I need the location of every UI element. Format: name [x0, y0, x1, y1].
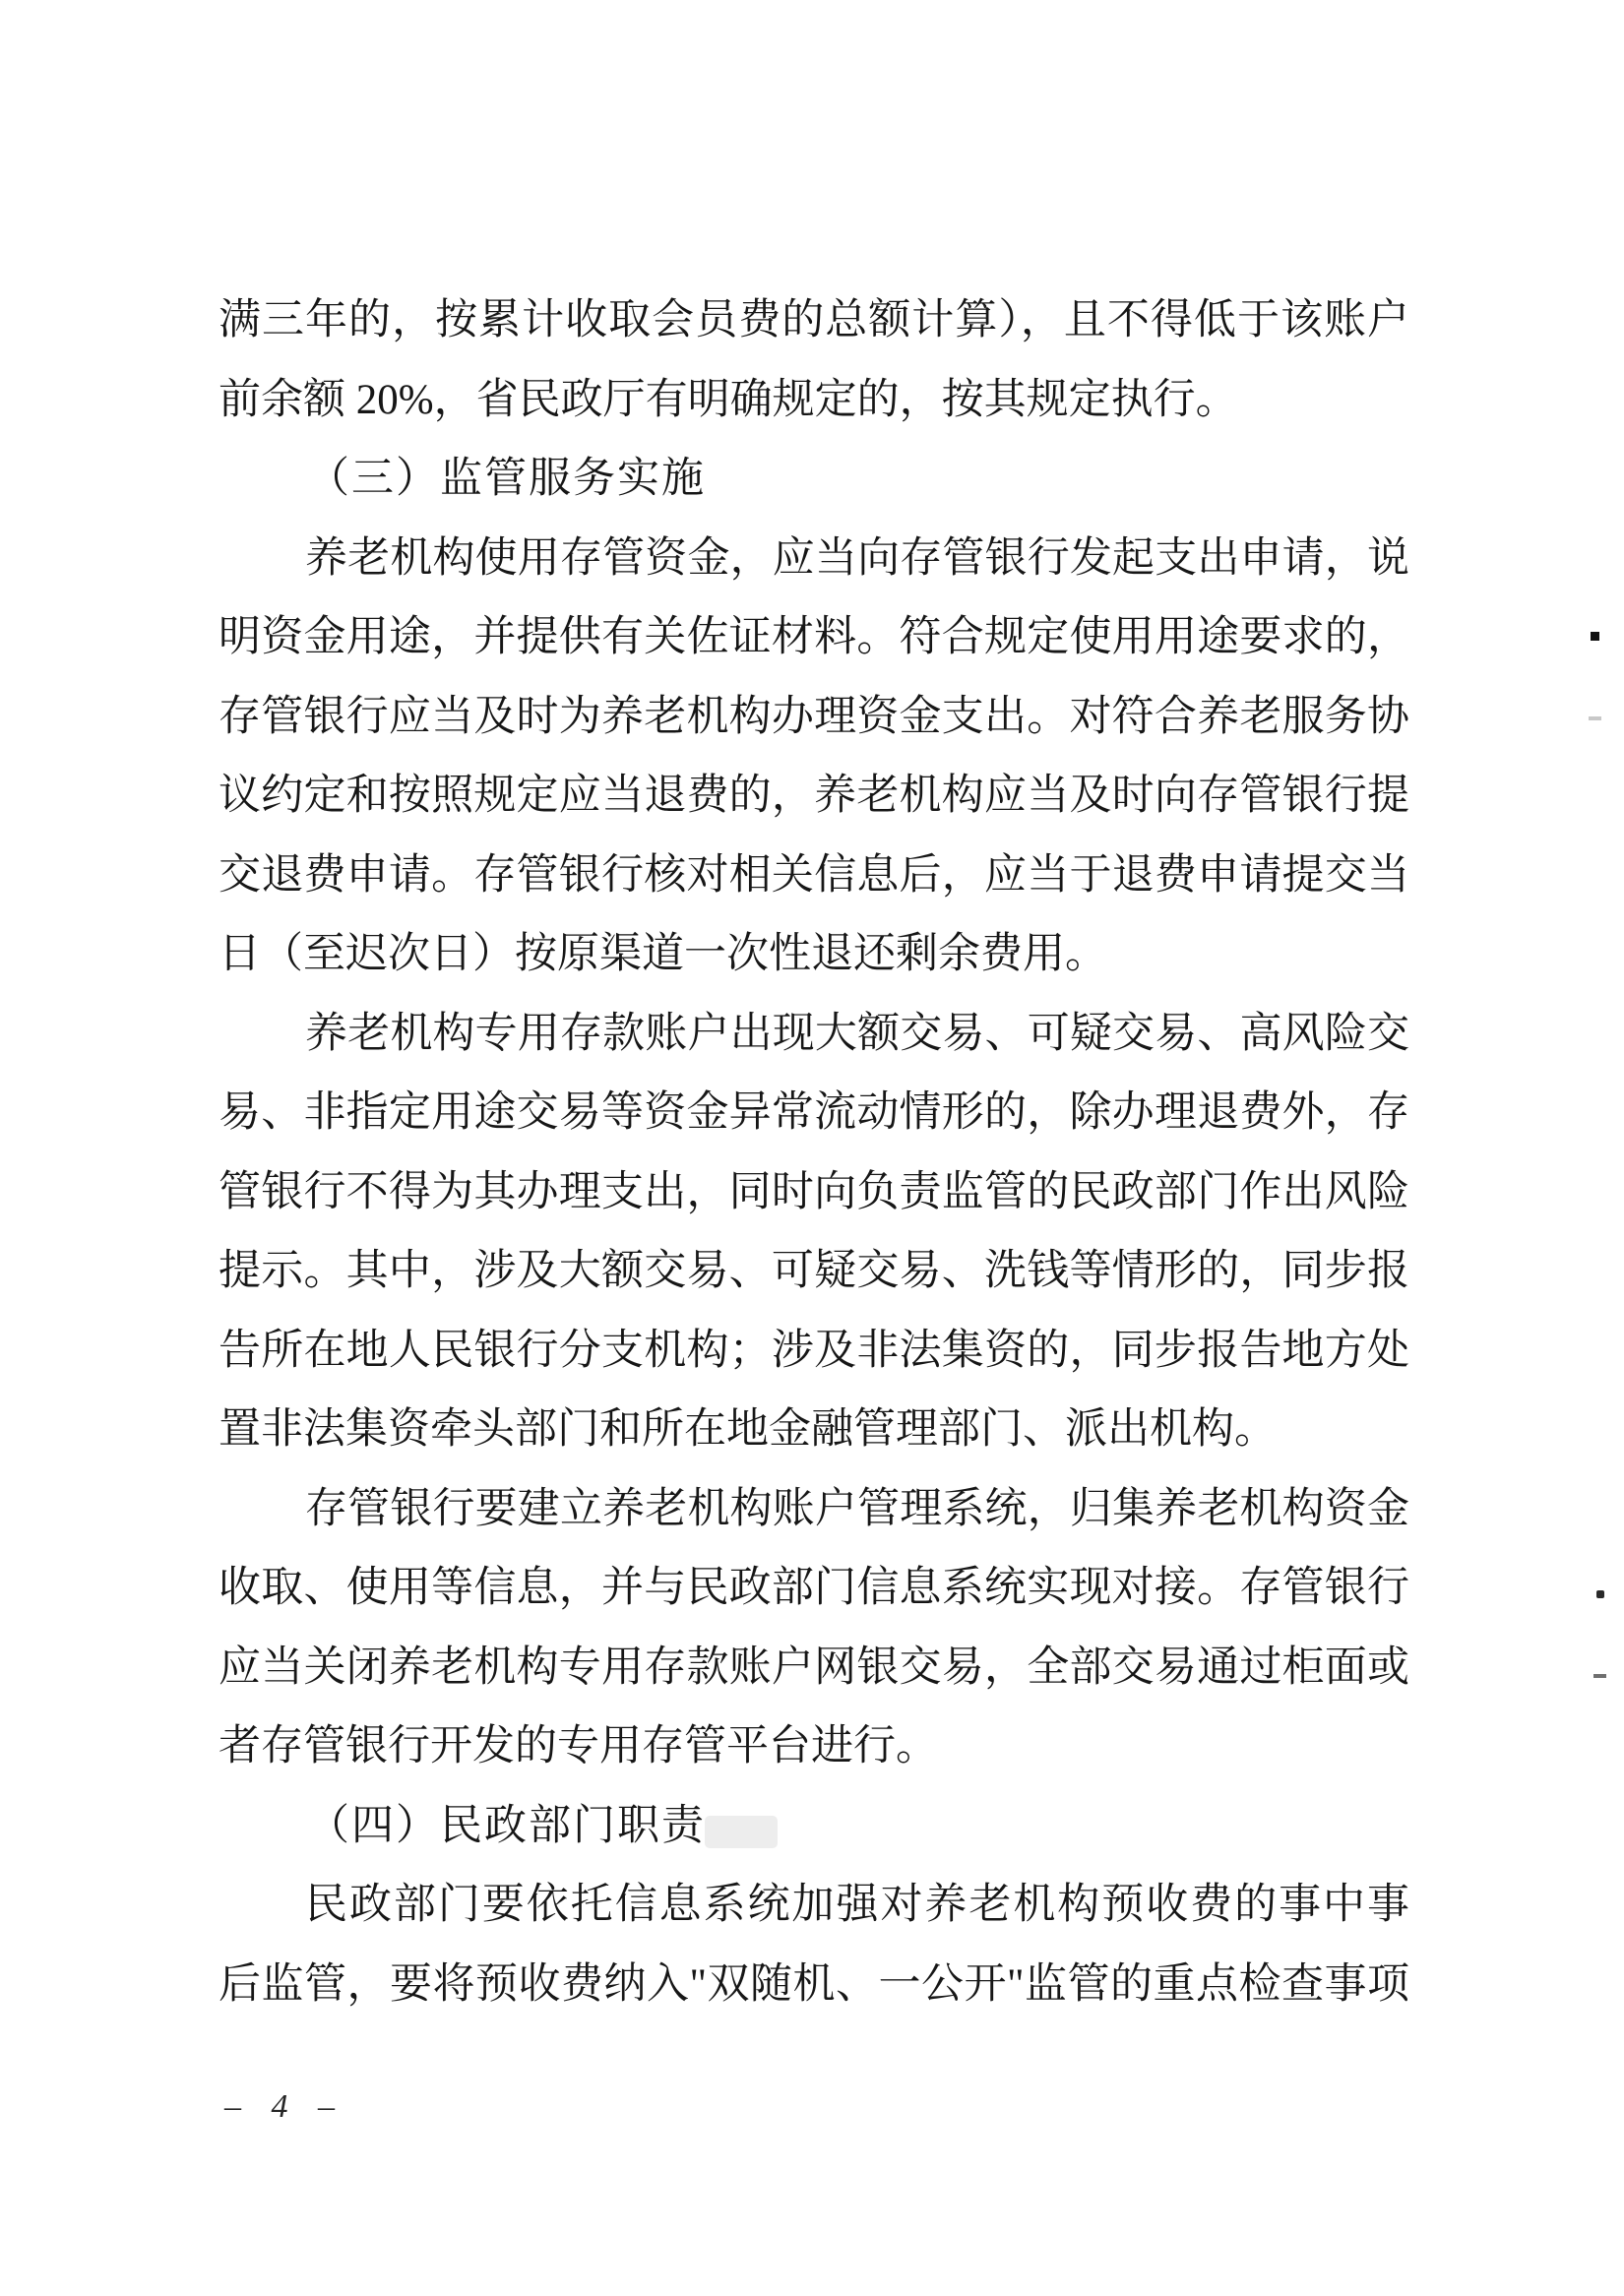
text-line: 存管银行应当及时为养老机构办理资金支出。对符合养老服务协: [219, 678, 1409, 758]
text-line: 日（至迟次日）按原渠道一次性退还剩余费用。: [219, 915, 1409, 995]
text-line: 养老机构使用存管资金，应当向存管银行发起支出申请，说: [219, 520, 1409, 599]
text-line: 应当关闭养老机构专用存款账户网银交易，全部交易通过柜面或: [219, 1629, 1409, 1708]
scan-artifact-smudge: [705, 1816, 778, 1848]
text-line: 后监管，要将预收费纳入"双随机、一公开"监管的重点检查事项: [219, 1946, 1409, 2025]
section-heading: （三）监管服务实施: [219, 440, 1409, 520]
text-line: 议约定和按照规定应当退费的，养老机构应当及时向存管银行提: [219, 757, 1409, 837]
page-number: – 4 –: [224, 2088, 345, 2126]
scan-artifact-dot: [1596, 1590, 1604, 1598]
text-line: 满三年的，按累计收取会员费的总额计算），且不得低于该账户当: [219, 281, 1409, 361]
text-line: 交退费申请。存管银行核对相关信息后，应当于退费申请提交当: [219, 837, 1409, 916]
section-heading: （四）民政部门职责: [219, 1787, 1409, 1867]
text-line: 提示。其中，涉及大额交易、可疑交易、洗钱等情形的，同步报: [219, 1232, 1409, 1312]
text-line: 管银行不得为其办理支出，同时向负责监管的民政部门作出风险: [219, 1153, 1409, 1233]
text-line: 置非法集资牵头部门和所在地金融管理部门、派出机构。: [219, 1391, 1409, 1470]
scan-artifact-dash-dark: [1593, 1674, 1606, 1678]
text-line: 易、非指定用途交易等资金异常流动情形的，除办理退费外，存: [219, 1074, 1409, 1153]
scan-artifact-square: [1591, 632, 1599, 641]
text-line: 收取、使用等信息，并与民政部门信息系统实现对接。存管银行: [219, 1549, 1409, 1629]
text-line: 前余额 20%，省民政厅有明确规定的，按其规定执行。: [219, 361, 1409, 441]
scan-artifact-dash-light: [1589, 716, 1601, 720]
text-line: 民政部门要依托信息系统加强对养老机构预收费的事中事: [219, 1866, 1409, 1946]
text-line: 存管银行要建立养老机构账户管理系统，归集养老机构资金: [219, 1470, 1409, 1550]
document-page: 满三年的，按累计收取会员费的总额计算），且不得低于该账户当 前余额 20%，省民…: [0, 0, 1624, 2296]
text-line: 养老机构专用存款账户出现大额交易、可疑交易、高风险交: [219, 995, 1409, 1075]
text-line: 者存管银行开发的专用存管平台进行。: [219, 1707, 1409, 1787]
document-body: 满三年的，按累计收取会员费的总额计算），且不得低于该账户当 前余额 20%，省民…: [219, 281, 1409, 2024]
text-line: 告所在地人民银行分支机构；涉及非法集资的，同步报告地方处: [219, 1312, 1409, 1392]
text-line: 明资金用途，并提供有关佐证材料。符合规定使用用途要求的，: [219, 598, 1409, 678]
